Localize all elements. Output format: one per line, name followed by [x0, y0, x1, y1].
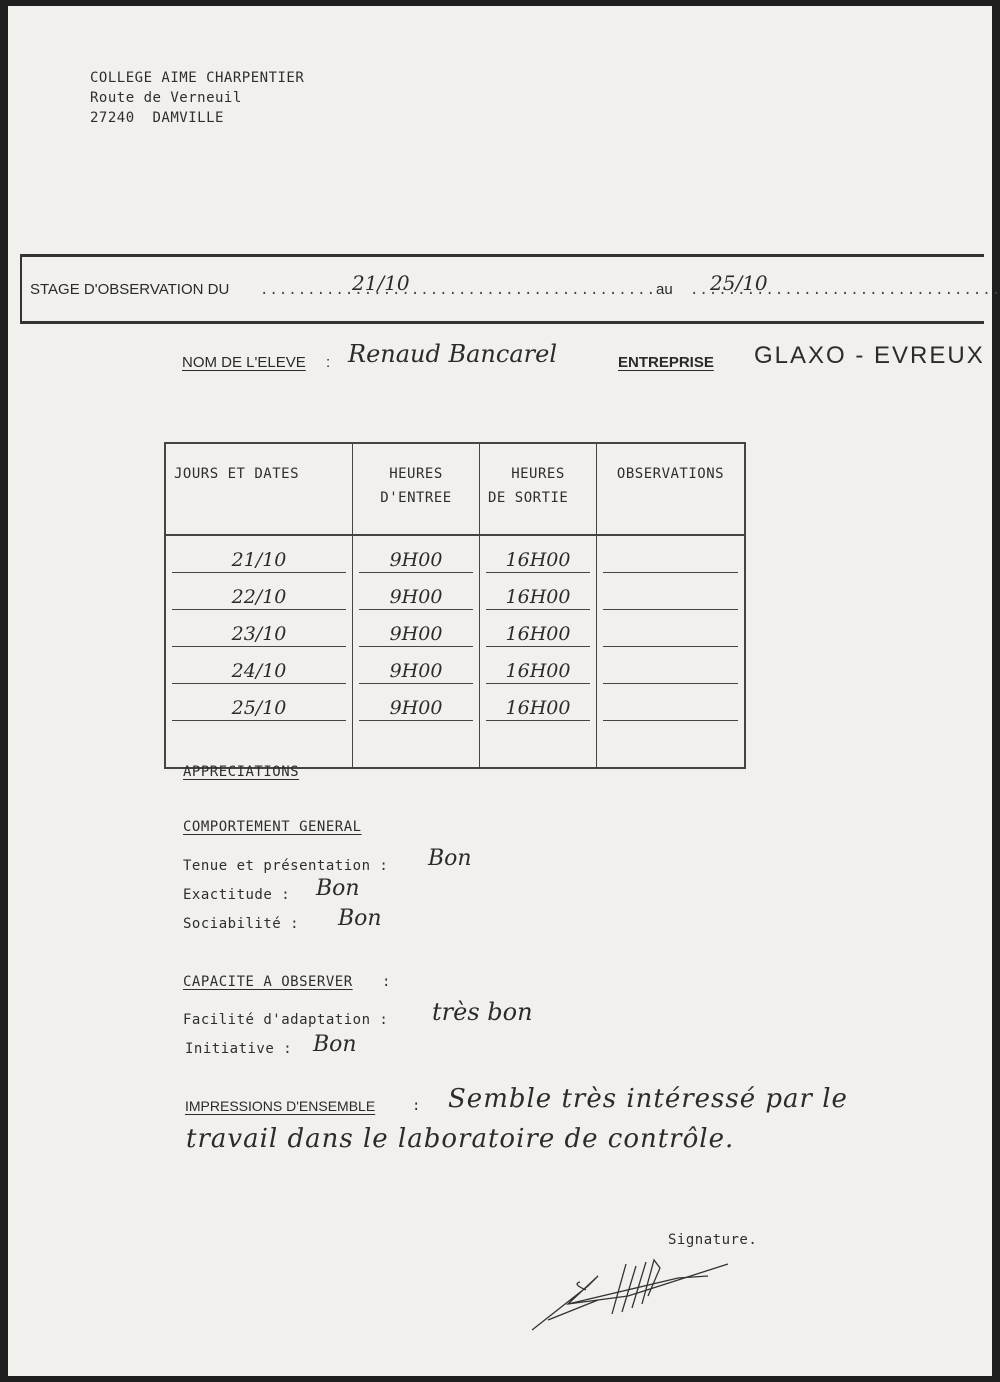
- cell-date: 24/10: [165, 651, 353, 688]
- cell-date: 21/10: [165, 535, 353, 577]
- exit-value: 16H00: [480, 660, 596, 682]
- cell-exit: 16H00: [480, 688, 597, 725]
- sociabilite-label: Sociabilité :: [183, 916, 299, 932]
- cell-date: 23/10: [165, 614, 353, 651]
- col-header-line: HEURES: [488, 462, 588, 486]
- cell-empty: [597, 725, 746, 768]
- impressions-title: IMPRESSIONS D'ENSEMBLE: [185, 1098, 375, 1114]
- sociabilite-value: Bon: [338, 906, 382, 931]
- exit-value: 16H00: [480, 586, 596, 608]
- school-street: Route de Verneuil: [90, 88, 304, 108]
- cell-empty: [165, 725, 353, 768]
- letterhead: COLLEGE AIME CHARPENTIER Route de Verneu…: [90, 68, 304, 128]
- entry-value: 9H00: [353, 623, 479, 645]
- entry-value: 9H00: [353, 586, 479, 608]
- col-header-line: HEURES: [361, 462, 471, 486]
- date-value: 25/10: [166, 697, 352, 719]
- appreciations-title: APPRECIATIONS: [183, 764, 299, 780]
- initiative-value: Bon: [313, 1032, 357, 1057]
- facilite-value: très bon: [432, 998, 533, 1026]
- from-date: 21/10: [352, 271, 410, 295]
- tenue-value: Bon: [428, 846, 472, 871]
- table-row: 23/10 9H00 16H00: [165, 614, 745, 651]
- col-header-entry: HEURES D'ENTREE: [353, 443, 480, 535]
- stage-label: STAGE D'OBSERVATION DU: [30, 281, 229, 298]
- col-header-exit: HEURES DE SORTIE: [480, 443, 597, 535]
- facilite-label: Facilité d'adaptation :: [183, 1012, 388, 1028]
- to-label: au: [656, 281, 673, 298]
- cell-observations: [597, 651, 746, 688]
- document-page: COLLEGE AIME CHARPENTIER Route de Verneu…: [8, 6, 992, 1376]
- exit-value: 16H00: [480, 697, 596, 719]
- schedule-table: JOURS ET DATES HEURES D'ENTREE HEURES DE…: [164, 442, 746, 769]
- company-value: GLAXO - EVREUX: [754, 342, 985, 370]
- capacite-title: CAPACITE A OBSERVER: [183, 974, 353, 990]
- entry-value: 9H00: [353, 660, 479, 682]
- exactitude-label: Exactitude :: [183, 887, 290, 903]
- table-row: 25/10 9H00 16H00: [165, 688, 745, 725]
- cell-entry: 9H00: [353, 651, 480, 688]
- cell-observations: [597, 614, 746, 651]
- table-row: 22/10 9H00 16H00: [165, 577, 745, 614]
- cell-date: 25/10: [165, 688, 353, 725]
- signature-icon: [528, 1256, 748, 1336]
- entry-value: 9H00: [353, 697, 479, 719]
- cell-exit: 16H00: [480, 651, 597, 688]
- cell-empty: [480, 725, 597, 768]
- exit-value: 16H00: [480, 549, 596, 571]
- cell-exit: 16H00: [480, 614, 597, 651]
- from-dots: ........................................…: [260, 282, 656, 298]
- col-header-line: JOURS ET DATES: [174, 462, 344, 486]
- cell-exit: 16H00: [480, 577, 597, 614]
- student-name-colon: :: [326, 354, 330, 371]
- school-city: 27240 DAMVILLE: [90, 108, 304, 128]
- date-value: 23/10: [166, 623, 352, 645]
- exit-value: 16H00: [480, 623, 596, 645]
- cell-exit: 16H00: [480, 535, 597, 577]
- table-row: 24/10 9H00 16H00: [165, 651, 745, 688]
- to-date: 25/10: [710, 271, 768, 295]
- signature-scribble: [528, 1256, 748, 1336]
- table-row: 21/10 9H00 16H00: [165, 535, 745, 577]
- cell-entry: 9H00: [353, 614, 480, 651]
- school-name: COLLEGE AIME CHARPENTIER: [90, 68, 304, 88]
- capacite-colon: :: [382, 974, 391, 990]
- cell-entry: 9H00: [353, 577, 480, 614]
- col-header-line: D'ENTREE: [361, 486, 471, 510]
- col-header-line: DE SORTIE: [488, 486, 588, 510]
- cell-entry: 9H00: [353, 688, 480, 725]
- comportement-title: COMPORTEMENT GENERAL: [183, 819, 362, 835]
- cell-observations: [597, 535, 746, 577]
- entry-value: 9H00: [353, 549, 479, 571]
- cell-observations: [597, 577, 746, 614]
- date-value: 24/10: [166, 660, 352, 682]
- col-header-dates: JOURS ET DATES: [165, 443, 353, 535]
- cell-observations: [597, 688, 746, 725]
- company-label: ENTREPRISE: [618, 354, 714, 371]
- impressions-line-1: Semble très intéressé par le: [448, 1084, 848, 1114]
- cell-empty: [353, 725, 480, 768]
- impressions-colon: :: [412, 1098, 421, 1114]
- date-value: 22/10: [166, 586, 352, 608]
- signature-label: Signature.: [668, 1232, 757, 1248]
- stage-period-box: STAGE D'OBSERVATION DU .................…: [20, 254, 984, 324]
- exactitude-value: Bon: [316, 876, 360, 901]
- student-name-label: NOM DE L'ELEVE: [182, 354, 306, 371]
- impressions-line-2: travail dans le laboratoire de contrôle.: [186, 1124, 734, 1154]
- col-header-observations: OBSERVATIONS: [597, 443, 746, 535]
- tenue-label: Tenue et présentation :: [183, 858, 388, 874]
- table-row-empty: [165, 725, 745, 768]
- col-header-line: OBSERVATIONS: [605, 462, 736, 486]
- table-header-row: JOURS ET DATES HEURES D'ENTREE HEURES DE…: [165, 443, 745, 535]
- cell-entry: 9H00: [353, 535, 480, 577]
- cell-date: 22/10: [165, 577, 353, 614]
- initiative-label: Initiative :: [185, 1041, 292, 1057]
- student-name-value: Renaud Bancarel: [348, 340, 557, 368]
- date-value: 21/10: [166, 549, 352, 571]
